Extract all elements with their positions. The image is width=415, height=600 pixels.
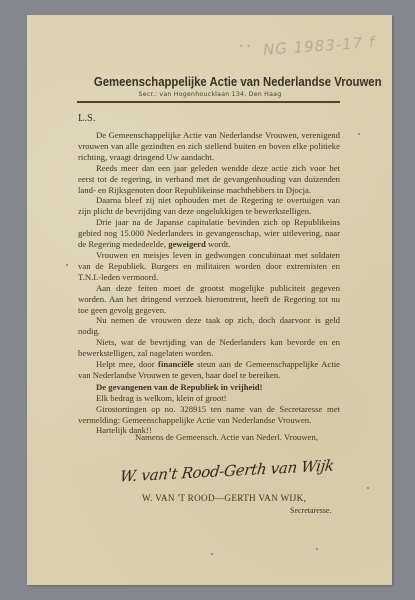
paper-speck [367, 487, 369, 489]
paper-speck [211, 553, 213, 555]
paragraph-7: Nu nemen de vrouwen deze taak op zich, d… [78, 315, 340, 337]
pencil-dots: • • [239, 42, 251, 51]
paragraph-4-tail: wordt. [208, 239, 230, 249]
signer-name: W. VAN 'T ROOD—GERTH VAN WIJK, [142, 493, 306, 503]
paragraph-1: De Gemeenschappelijke Actie van Nederlan… [78, 130, 340, 163]
paragraph-8: Niets, wat de bevrijding van de Nederlan… [78, 337, 340, 359]
paragraph-6: Aan deze feiten moet de grootst mogelijk… [78, 283, 340, 316]
paper-speck [316, 548, 318, 550]
salutation: L.S. [78, 113, 340, 125]
paragraph-3: Daarna bleef zij niet ophouden met de Re… [78, 195, 340, 217]
letterhead-title: Gemeenschappelijke Actie van Nederlandse… [94, 74, 326, 89]
archive-inventory-mark: NG 1983-17 f [263, 33, 376, 59]
slogan: De gevangenen van de Republiek in vrijhe… [78, 382, 340, 393]
closing-line: Namens de Gemeensch. Actie van Nederl. V… [135, 432, 318, 442]
paper-speck [66, 264, 68, 266]
signer-role: Secretaresse. [290, 506, 332, 515]
paragraph-help: Helpt mee, door financiële steun aan de … [78, 359, 340, 381]
giro-instructions: Girostortingen op no. 328915 ten name va… [78, 404, 340, 426]
paragraph-4-emphasis: geweigerd [168, 239, 206, 249]
welcome-line: Elk bedrag is welkom, klein of groot! [78, 393, 340, 404]
paragraph-4: Drie jaar na de Japanse capitulatie bevi… [78, 217, 340, 250]
letter-body: L.S. De Gemeenschappelijke Actie van Ned… [78, 113, 340, 436]
letterhead-address: Secr.: van Hogenhoucklaan 134, Den Haag [75, 91, 345, 98]
paragraph-5: Vrouwen en meisjes leven in gedwongen co… [78, 250, 340, 283]
paper-speck [358, 133, 360, 135]
letterhead-divider [77, 101, 340, 103]
help-text-emphasis: financiële [158, 359, 194, 369]
paragraph-2: Reeds meer dan een jaar geleden wendde d… [78, 163, 340, 196]
help-text-pre: Helpt mee, door [96, 359, 155, 369]
